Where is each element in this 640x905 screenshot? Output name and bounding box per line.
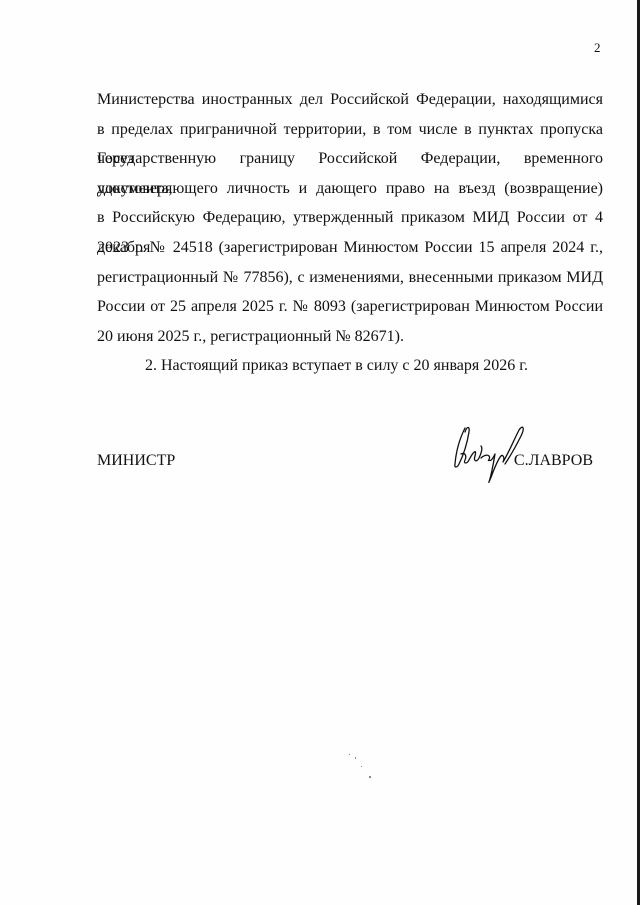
document-body: Министерства иностранных дел Российской … [97, 85, 603, 381]
body-line-5: в Российскую Федерацию, утвержденный при… [97, 203, 603, 233]
body-line-8: России от 25 апреля 2025 г. № 8093 (заре… [97, 292, 603, 322]
paragraph-2-effective-date: 2. Настоящий приказ вступает в силу с 20… [97, 351, 603, 381]
body-line-4: удостоверяющего личность и дающего право… [97, 174, 603, 204]
page-number: 2 [594, 40, 601, 56]
signatory-name: С.ЛАВРОВ [514, 452, 593, 470]
signature-block: МИНИСТР С.ЛАВРОВ [97, 440, 603, 500]
scan-speck [369, 776, 371, 778]
body-line-6: 2023 г. № 24518 (зарегистрирован Минюсто… [97, 233, 603, 263]
body-line-9: 20 июня 2025 г., регистрационный № 82671… [97, 322, 603, 352]
document-page: 2 Министерства иностранных дел Российско… [0, 0, 637, 905]
signatory-title: МИНИСТР [97, 452, 175, 470]
scan-speck [361, 766, 362, 767]
body-line-7: регистрационный № 77856), с изменениями,… [97, 263, 603, 293]
scan-speck [355, 757, 356, 759]
body-line-1: Министерства иностранных дел Российской … [97, 85, 603, 115]
body-line-3: Государственную границу Российской Федер… [97, 144, 603, 174]
body-line-2: в пределах приграничной территории, в то… [97, 115, 603, 145]
scan-speck [349, 754, 350, 755]
